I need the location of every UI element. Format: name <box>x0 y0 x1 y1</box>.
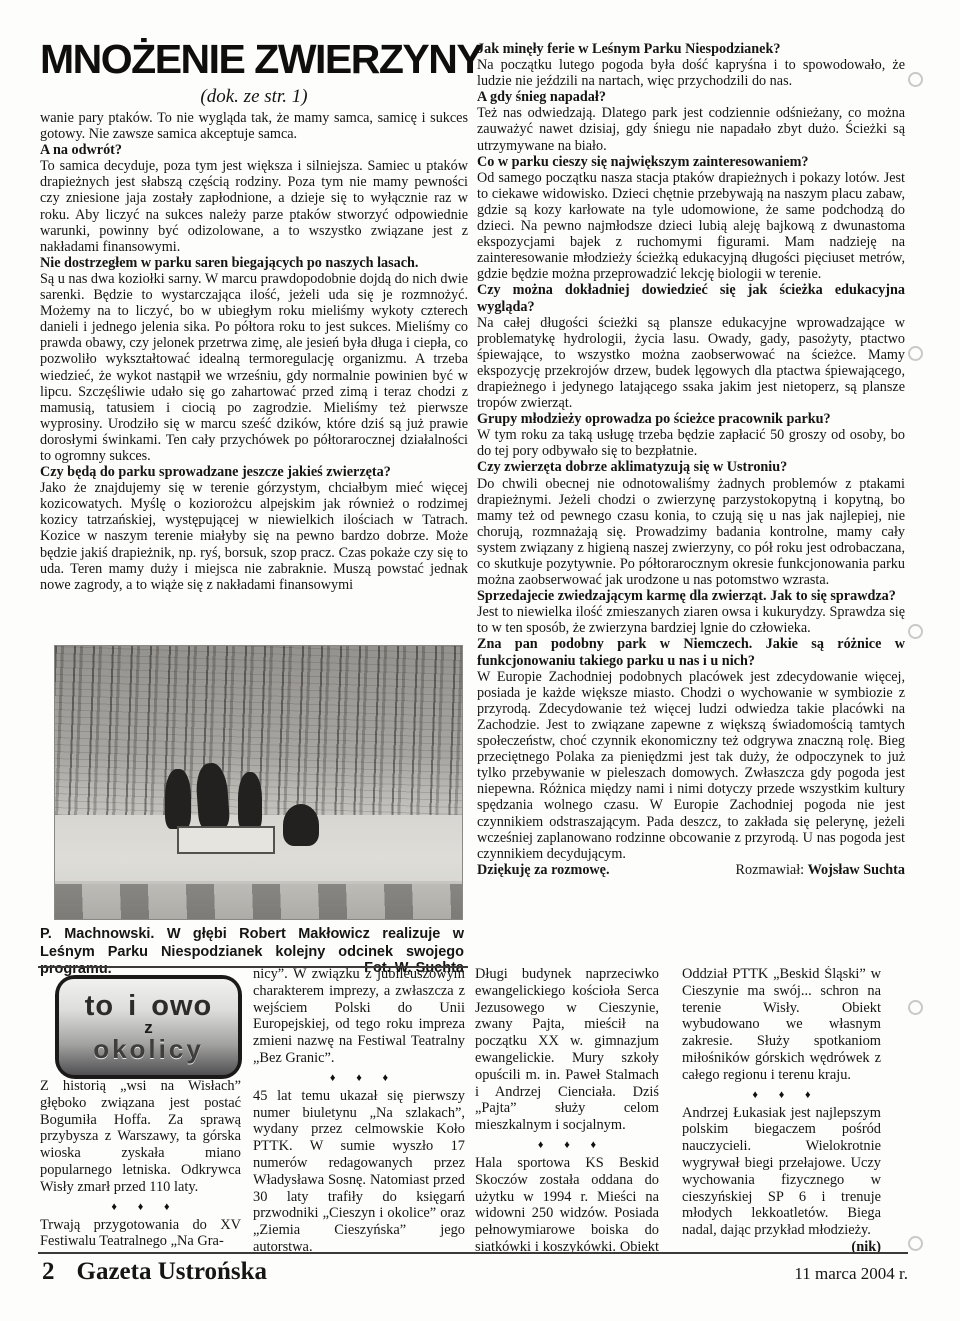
to-i-owo-logo-inner: to i owo z okolicy <box>59 979 238 1075</box>
question-line: Nie dostrzegłem w parku saren biegającyc… <box>40 255 468 271</box>
interview-signoff: Dziękuję za rozmowę.Rozmawiał: Wojsław S… <box>477 862 905 878</box>
article-subtitle: (dok. ze str. 1) <box>40 86 468 108</box>
body-paragraph: Jako że znajdujemy się w terenie górzyst… <box>40 480 468 593</box>
brief-column-4: Oddział PTTK „Beskid Śląski” w Cieszynie… <box>682 966 881 1252</box>
question-line: Co w parku cieszy się największym zainte… <box>477 154 905 170</box>
footer-masthead: 2Gazeta Ustrońska <box>42 1258 267 1286</box>
logo-line-3: okolicy <box>93 1036 204 1063</box>
body-paragraph: Do chwili obecnej nie odnotowaliśmy żadn… <box>477 476 905 589</box>
binding-hole <box>908 72 923 87</box>
body-paragraph: Z historią „wsi na Wisłach” głęboko zwią… <box>40 1078 241 1196</box>
question-line: A na odwrót? <box>40 142 468 158</box>
question-line: Grupy młodzieży oprowadza po ścieżce pra… <box>477 411 905 427</box>
article-left-column: wanie pary ptaków. To nie wygląda tak, ż… <box>40 110 468 632</box>
brief-column-2: nicy”. W związku z jubileuszowym charakt… <box>253 966 465 1252</box>
diamond-separator: ♦ ♦ ♦ <box>475 1139 659 1151</box>
question-line: A gdy śnieg napadał? <box>477 89 905 105</box>
body-paragraph: nicy”. W związku z jubileuszowym charakt… <box>253 966 465 1067</box>
body-paragraph: Andrzej Łukasiak jest najlepszym polskim… <box>682 1105 881 1239</box>
newspaper-page: { "article": { "title": "MNOŻENIE ZWIERZ… <box>0 0 960 1321</box>
page-number: 2 <box>42 1258 55 1285</box>
photo-person-kneeling <box>283 804 319 846</box>
logo-line-1: to i owo <box>85 992 213 1020</box>
diamond-separator: ♦ ♦ ♦ <box>40 1201 241 1213</box>
question-line: Czy można dokładniej dowiedzieć się jak … <box>477 282 905 314</box>
body-paragraph: Są u nas dwa koziołki sarny. W marcu pra… <box>40 271 468 464</box>
body-paragraph: Też nas odwiedzają. Dlatego park jest co… <box>477 105 905 153</box>
brief-column-3: Długi budynek naprzeciwko ewangelickiego… <box>475 966 659 1252</box>
article-title: MNOŻENIE ZWIERZYNY <box>40 36 468 83</box>
question-line: Sprzedajecie zwiedzającym karmę dla zwie… <box>477 588 905 604</box>
body-paragraph: Hala sportowa KS Beskid Skoczów została … <box>475 1155 659 1252</box>
interview-right-column: Jak minęły ferie w Leśnym Parku Niespodz… <box>477 41 905 955</box>
binding-hole <box>908 624 923 639</box>
diamond-separator: ♦ ♦ ♦ <box>253 1072 465 1084</box>
body-paragraph: Trwają przygotowania do XV Festiwalu Tea… <box>40 1217 241 1248</box>
question-line: Jak minęły ferie w Leśnym Parku Niespodz… <box>477 41 905 57</box>
to-i-owo-logo: to i owo z okolicy <box>55 975 242 1079</box>
paper-title: Gazeta Ustrońska <box>77 1258 268 1285</box>
body-paragraph: Jest to niewielka ilość zmieszanych ziar… <box>477 604 905 636</box>
binding-hole <box>908 1000 923 1015</box>
body-paragraph: wanie pary ptaków. To nie wygląda tak, ż… <box>40 110 468 142</box>
body-paragraph: Oddział PTTK „Beskid Śląski” w Cieszynie… <box>682 966 881 1084</box>
binding-hole <box>908 1236 923 1251</box>
question-line: Czy zwierzęta dobrze aklimatyzują się w … <box>477 459 905 475</box>
body-paragraph: To samica decyduje, poza tym jest większ… <box>40 158 468 255</box>
photo-table <box>177 826 275 854</box>
brief-column-1: Z historią „wsi na Wisłach” głęboko zwią… <box>40 1078 241 1248</box>
diamond-separator: ♦ ♦ ♦ <box>682 1089 881 1101</box>
footer-rule <box>38 1252 908 1254</box>
body-paragraph: W Europie Zachodniej podobnych placówek … <box>477 669 905 862</box>
binding-hole <box>908 346 923 361</box>
body-paragraph: Na całej długości ścieżki są plansze edu… <box>477 315 905 412</box>
question-line: Zna pan podobny park w Niemczech. Jakie … <box>477 636 905 668</box>
body-paragraph: Od samego początku nasza stacja ptaków d… <box>477 170 905 283</box>
photo-foreground <box>55 884 462 919</box>
article-photo <box>55 646 462 919</box>
body-paragraph: Na początku lutego pogoda była dość kapr… <box>477 57 905 89</box>
body-paragraph: 45 lat temu ukazał się pierwszy numer bi… <box>253 1088 465 1252</box>
footer-date: 11 marca 2004 r. <box>760 1264 908 1284</box>
question-line: Czy będą do parku sprowadzane jeszcze ja… <box>40 464 468 480</box>
photo-person <box>165 769 191 829</box>
body-paragraph: Długi budynek naprzeciwko ewangelickiego… <box>475 966 659 1134</box>
photo-person <box>238 772 262 830</box>
body-paragraph: W tym roku za taką usługę trzeba będzie … <box>477 427 905 459</box>
